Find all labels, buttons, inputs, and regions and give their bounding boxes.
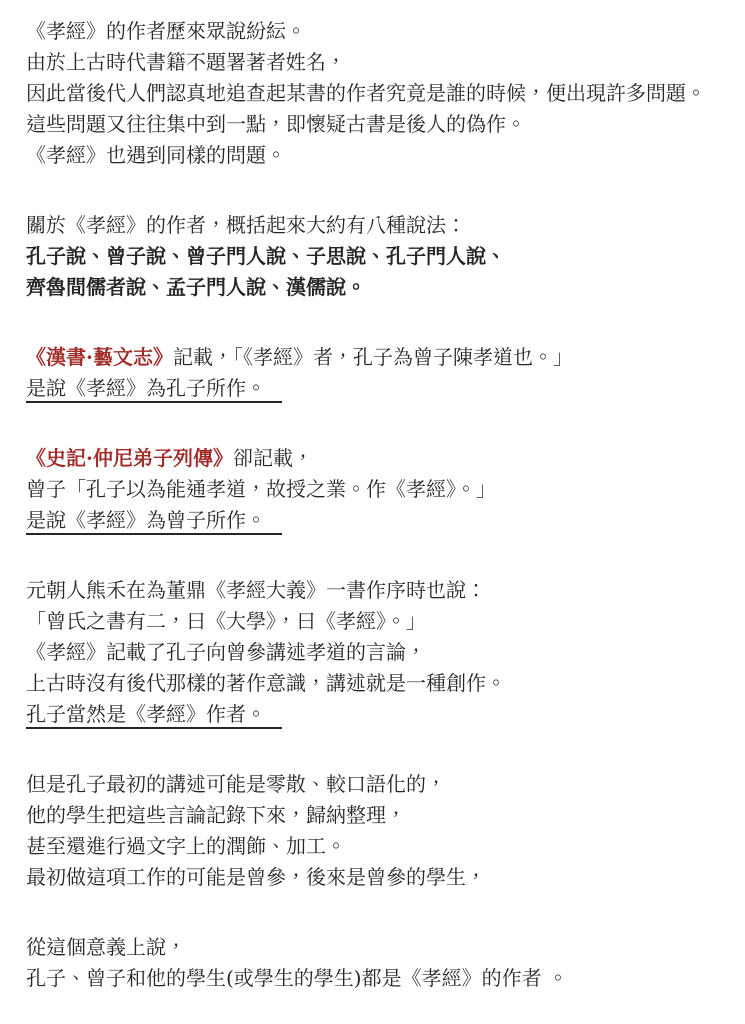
text-segment: 「曾氏之書有二，曰《大學》，曰《孝經》。」 [26,609,426,633]
text-line: 這些問題又往往集中到一點，即懷疑古書是後人的偽作。 [26,109,725,140]
paragraph: 《漢書·藝文志》記載，「《孝經》者，孔子為曾子陳孝道也。」是說《孝經》為孔子所作… [26,342,725,404]
underlined-conclusion: 孔子當然是《孝經》作者。 [26,702,282,729]
text-segment: 卻記載， [233,446,313,470]
text-segment: 記載，「《孝經》者，孔子為曾子陳孝道也。」 [173,345,573,369]
text-line: 是說《孝經》為曾子所作。 [26,505,725,536]
text-segment: 孔子、曾子和他的學生(或學生的學生)都是《孝經》的作者 。 [26,966,568,990]
text-segment: 甚至還進行過文字上的潤飾、加工。 [26,834,346,858]
text-line: 《孝經》記載了孔子向曾參講述孝道的言論， [26,637,725,668]
text-line: 最初做這項工作的可能是曾參，後來是曾參的學生， [26,862,725,893]
text-segment: 《孝經》的作者歷來眾說紛紜。 [26,19,306,43]
text-segment: 從這個意義上說， [26,935,186,959]
text-line: 他的學生把這些言論記錄下來，歸納整理， [26,800,725,831]
paragraph: 《史記·仲尼弟子列傳》卻記載，曾子「孔子以為能通孝道，故授之業。作《孝經》。」是… [26,443,725,536]
text-line: 《史記·仲尼弟子列傳》卻記載， [26,443,725,474]
text-segment: 元朝人熊禾在為董鼎《孝經大義》一書作序時也說： [26,578,486,602]
book-title-red: 《漢書·藝文志》 [26,345,173,369]
text-segment: 《孝經》記載了孔子向曾參講述孝道的言論， [26,640,426,664]
text-line: 曾子「孔子以為能通孝道，故授之業。作《孝經》。」 [26,474,725,505]
text-segment: 曾子「孔子以為能通孝道，故授之業。作《孝經》。」 [26,477,496,501]
text-segment: 上古時沒有後代那樣的著作意識，講述就是一種創作。 [26,671,506,695]
text-line: 《孝經》的作者歷來眾說紛紜。 [26,16,725,47]
text-line: 齊魯間儒者說、孟子門人說、漢儒說。 [26,272,725,303]
text-line: 「曾氏之書有二，曰《大學》，曰《孝經》。」 [26,606,725,637]
document-page: 《孝經》的作者歷來眾說紛紜。由於上古時代書籍不題署著者姓名，因此當後代人們認真地… [0,0,745,1024]
text-line: 上古時沒有後代那樣的著作意識，講述就是一種創作。 [26,668,725,699]
text-line: 《漢書·藝文志》記載，「《孝經》者，孔子為曾子陳孝道也。」 [26,342,725,373]
text-segment: 因此當後代人們認真地追查起某書的作者究竟是誰的時候，便出現許多問題。 [26,81,706,105]
text-segment: 他的學生把這些言論記錄下來，歸納整理， [26,803,406,827]
text-line: 元朝人熊禾在為董鼎《孝經大義》一書作序時也說： [26,575,725,606]
text-line: 孔子當然是《孝經》作者。 [26,699,725,730]
paragraph: 從這個意義上說，孔子、曾子和他的學生(或學生的學生)都是《孝經》的作者 。 [26,932,725,994]
paragraph: 《孝經》的作者歷來眾說紛紜。由於上古時代書籍不題署著者姓名，因此當後代人們認真地… [26,16,725,171]
text-line: 是說《孝經》為孔子所作。 [26,373,725,404]
text-line: 由於上古時代書籍不題署著者姓名， [26,47,725,78]
underlined-conclusion: 是說《孝經》為孔子所作。 [26,376,282,403]
text-segment: 齊魯間儒者說、孟子門人說、漢儒說。 [26,275,366,299]
paragraph: 關於《孝經》的作者，概括起來大約有八種說法：孔子說、曾子說、曾子門人說、子思說、… [26,210,725,303]
paragraph: 但是孔子最初的講述可能是零散、較口語化的，他的學生把這些言論記錄下來，歸納整理，… [26,769,725,893]
text-segment: 但是孔子最初的講述可能是零散、較口語化的， [26,772,446,796]
text-segment: 關於《孝經》的作者，概括起來大約有八種說法： [26,213,466,237]
book-title-red: 《史記·仲尼弟子列傳》 [26,446,233,470]
text-line: 但是孔子最初的講述可能是零散、較口語化的， [26,769,725,800]
text-line: 孔子說、曾子說、曾子門人說、子思說、孔子門人說、 [26,241,725,272]
text-line: 甚至還進行過文字上的潤飾、加工。 [26,831,725,862]
text-line: 從這個意義上說， [26,932,725,963]
paragraph: 元朝人熊禾在為董鼎《孝經大義》一書作序時也說：「曾氏之書有二，曰《大學》，曰《孝… [26,575,725,730]
text-segment: 這些問題又往往集中到一點，即懷疑古書是後人的偽作。 [26,112,526,136]
text-segment: 《孝經》也遇到同樣的問題。 [26,143,286,167]
text-segment: 由於上古時代書籍不題署著者姓名， [26,50,346,74]
text-line: 因此當後代人們認真地追查起某書的作者究竟是誰的時候，便出現許多問題。 [26,78,725,109]
underlined-conclusion: 是說《孝經》為曾子所作。 [26,508,282,535]
text-segment: 孔子說、曾子說、曾子門人說、子思說、孔子門人說、 [26,244,506,268]
text-line: 關於《孝經》的作者，概括起來大約有八種說法： [26,210,725,241]
text-line: 孔子、曾子和他的學生(或學生的學生)都是《孝經》的作者 。 [26,963,725,994]
text-line: 《孝經》也遇到同樣的問題。 [26,140,725,171]
text-segment: 最初做這項工作的可能是曾參，後來是曾參的學生， [26,865,486,889]
